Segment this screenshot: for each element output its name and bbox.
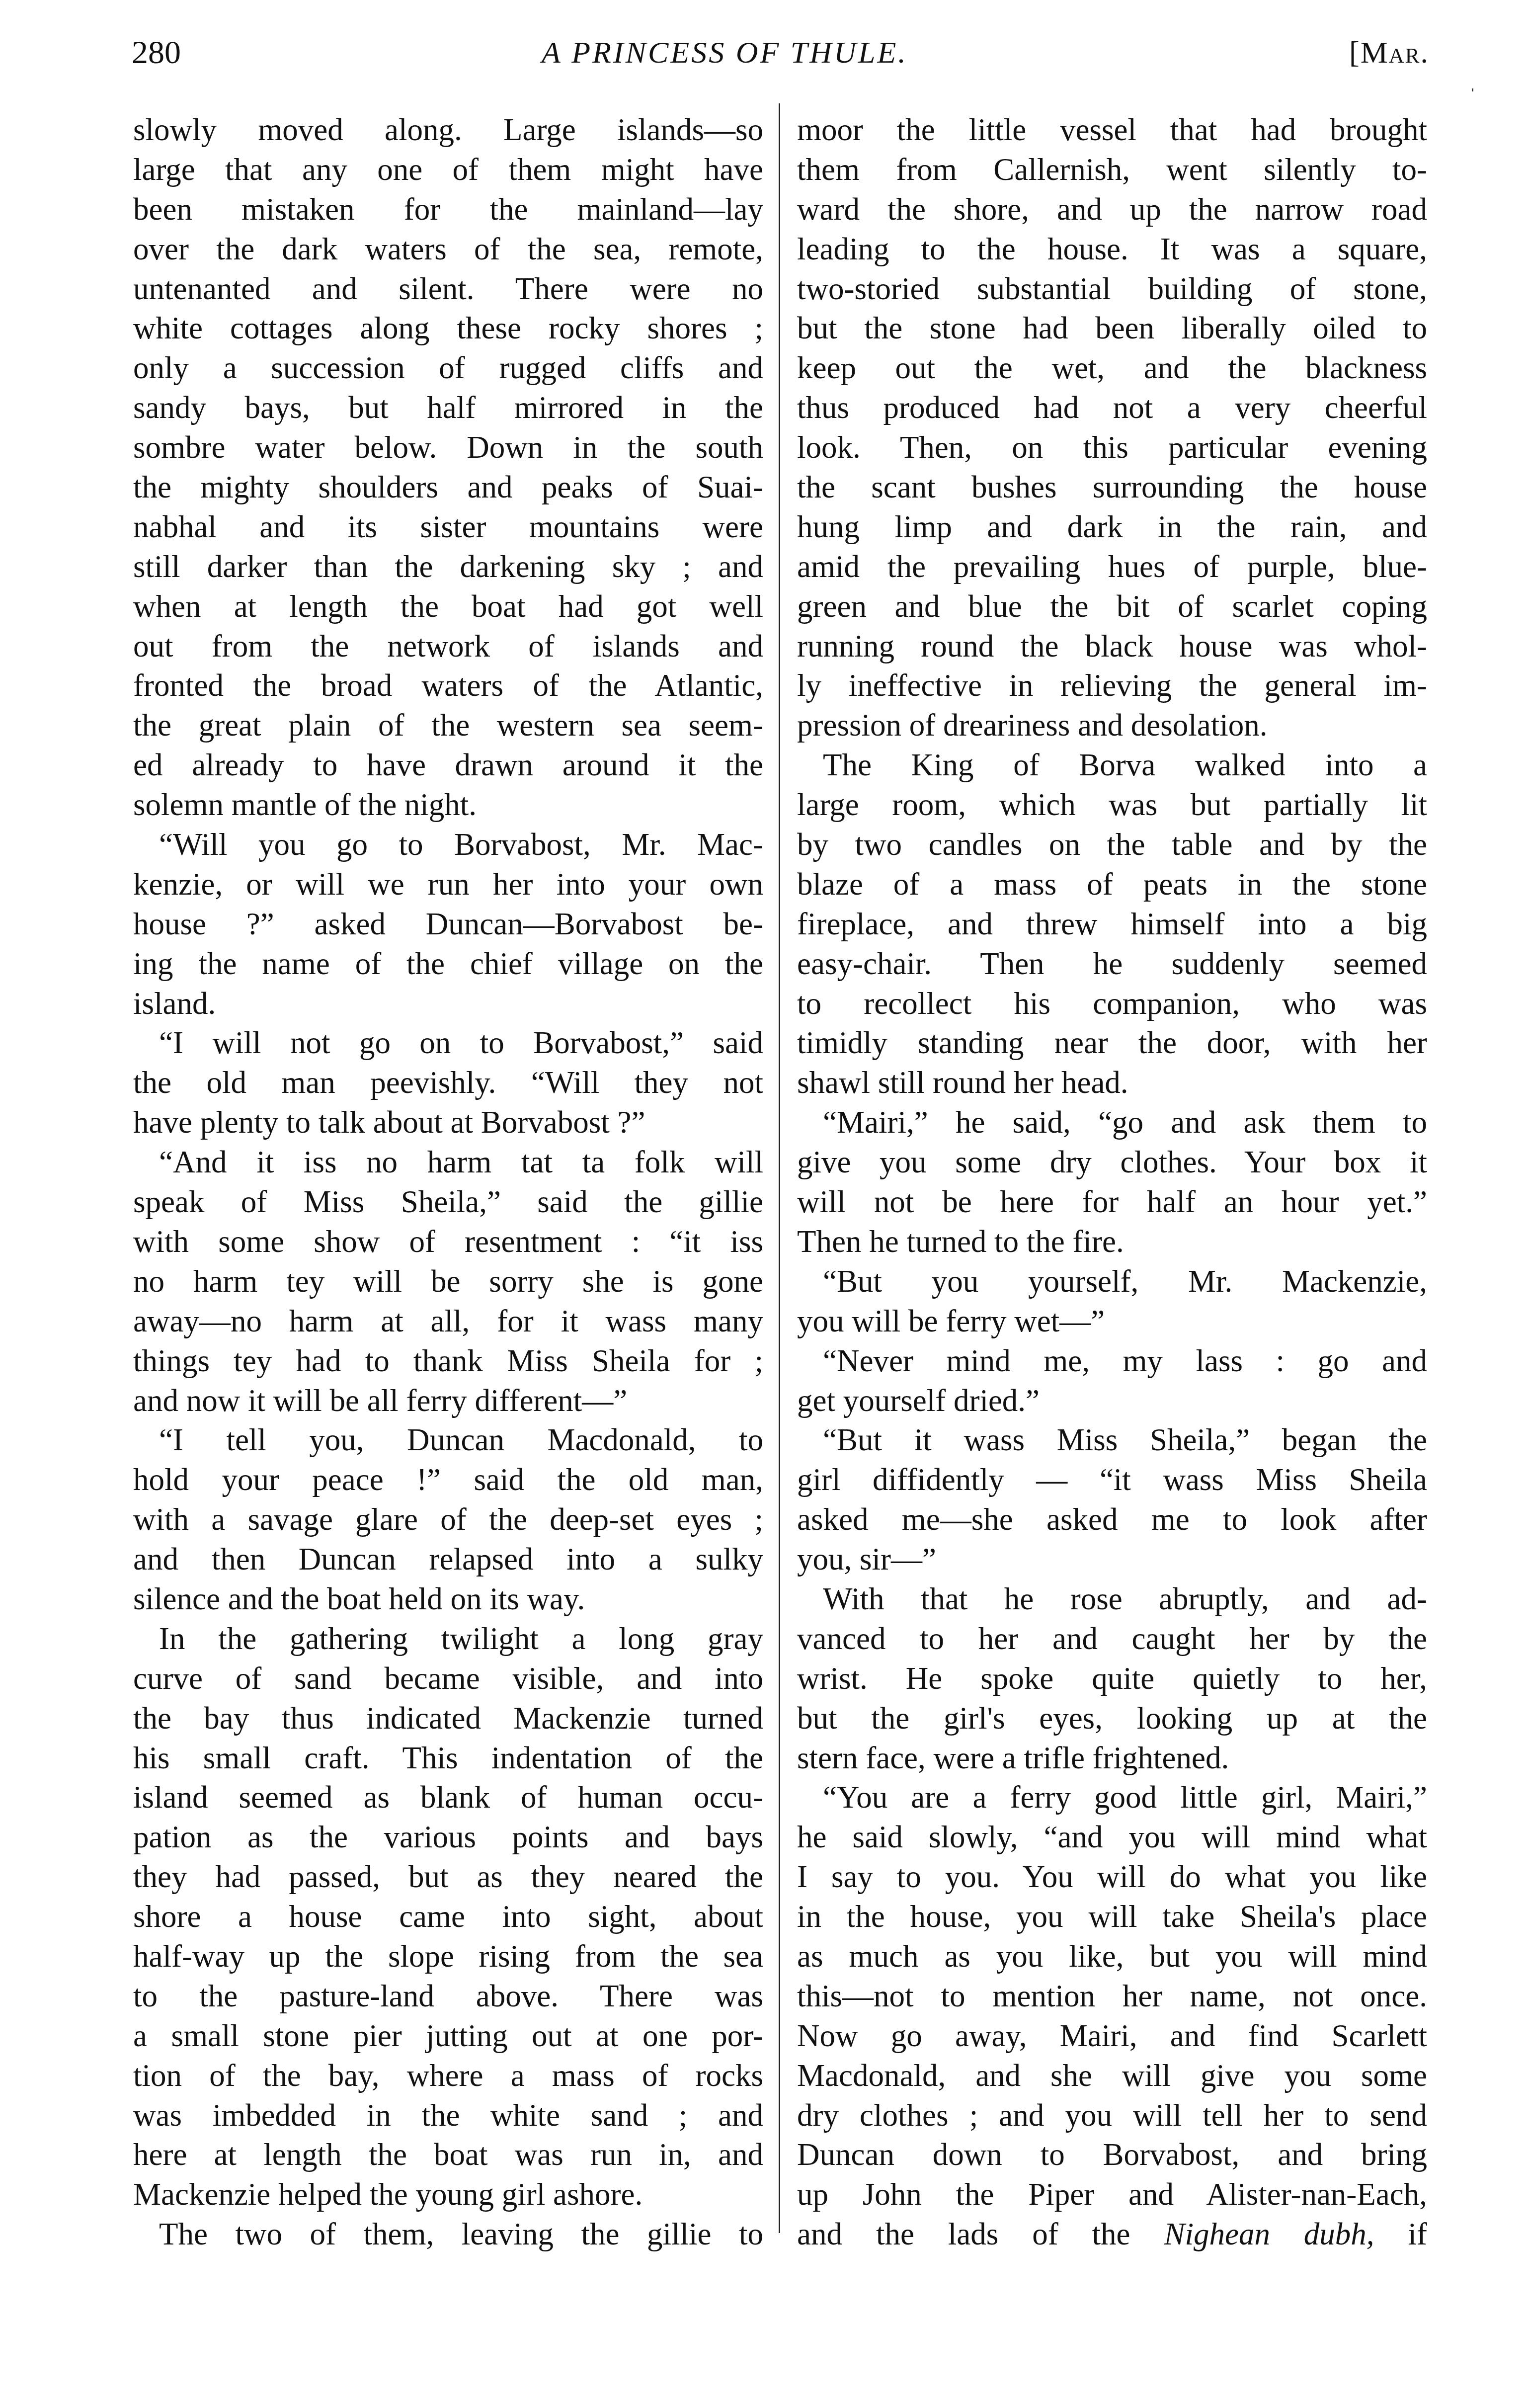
text-line: been mistaken for the mainland—lay — [133, 190, 763, 230]
text-line: was imbedded in the white sand ; and — [133, 2096, 763, 2136]
text-line: With that he rose abruptly, and ad- — [797, 1579, 1427, 1619]
text-line: by two candles on the table and by the — [797, 825, 1427, 865]
text-line: Duncan down to Borvabost, and bring — [797, 2135, 1427, 2175]
text-line: to the pasture-land above. There was — [133, 1977, 763, 2016]
text-line: will not be here for half an hour yet.” — [797, 1182, 1427, 1222]
column-divider-rule — [779, 103, 780, 2233]
text-line: “Mairi,” he said, “go and ask them to — [797, 1103, 1427, 1143]
text-line: easy-chair. Then he suddenly seemed — [797, 944, 1427, 984]
text-line: Then he turned to the fire. — [797, 1222, 1427, 1262]
print-speck — [1472, 88, 1473, 91]
text-line: kenzie, or will we run her into your own — [133, 865, 763, 905]
text-line: Now go away, Mairi, and find Scarlett — [797, 2016, 1427, 2056]
text-line: the great plain of the western sea seem- — [133, 706, 763, 746]
text-line: over the dark waters of the sea, remote, — [133, 230, 763, 269]
text-line: timidly standing near the door, with her — [797, 1023, 1427, 1063]
text-line: island. — [133, 984, 763, 1024]
text-line: asked me—she asked me to look after — [797, 1500, 1427, 1540]
text-line: fireplace, and threw himself into a big — [797, 905, 1427, 944]
text-line: ed already to have drawn around it the — [133, 746, 763, 785]
text-line: “I will not go on to Borvabost,” said — [133, 1023, 763, 1063]
text-line: the scant bushes surrounding the house — [797, 468, 1427, 507]
text-line: vanced to her and caught her by the — [797, 1619, 1427, 1659]
text-line: The two of them, leaving the gillie to — [133, 2215, 763, 2254]
text-line: slowly moved along. Large islands—so — [133, 110, 763, 150]
text-line-italic: Nighean dubh, — [1164, 2217, 1374, 2251]
text-line: you will be ferry wet—” — [797, 1302, 1427, 1341]
text-line: large that any one of them might have — [133, 150, 763, 190]
text-line: he said slowly, “and you will mind what — [797, 1818, 1427, 1857]
page-number: 280 — [132, 33, 181, 73]
text-line: hold your peace !” said the old man, — [133, 1460, 763, 1500]
text-line: girl diffidently — “it wass Miss Sheila — [797, 1460, 1427, 1500]
text-column-left: slowly moved along. Large islands—solarg… — [133, 110, 763, 2254]
text-line: they had passed, but as they neared the — [133, 1857, 763, 1897]
text-line: out from the network of islands and — [133, 627, 763, 666]
text-line: hung limp and dark in the rain, and — [797, 507, 1427, 547]
text-line: but the stone had been liberally oiled t… — [797, 309, 1427, 348]
text-line: white cottages along these rocky shores … — [133, 309, 763, 348]
text-line: with a savage glare of the deep-set eyes… — [133, 1500, 763, 1540]
text-line: solemn mantle of the night. — [133, 785, 763, 825]
text-line: “But it wass Miss Sheila,” began the — [797, 1420, 1427, 1460]
text-line: “Will you go to Borvabost, Mr. Mac- — [133, 825, 763, 865]
text-line: leading to the house. It was a square, — [797, 230, 1427, 269]
text-line-tail: if — [1374, 2217, 1427, 2251]
running-title: A PRINCESS OF THULE. — [542, 33, 908, 73]
text-line: up John the Piper and Alister-nan-Each, — [797, 2175, 1427, 2215]
text-line: ly ineffective in relieving the general … — [797, 666, 1427, 706]
text-line: them from Callernish, went silently to- — [797, 150, 1427, 190]
text-line: In the gathering twilight a long gray — [133, 1619, 763, 1659]
text-line: untenanted and silent. There were no — [133, 269, 763, 309]
text-line: “You are a ferry good little girl, Mairi… — [797, 1778, 1427, 1818]
text-line-roman: and the lads of the — [797, 2217, 1130, 2251]
text-column-right: moor the little vessel that had broughtt… — [797, 110, 1427, 2254]
text-line: sombre water below. Down in the south — [133, 428, 763, 468]
text-line: large room, which was but partially lit — [797, 785, 1427, 825]
text-line: shore a house came into sight, about — [133, 1897, 763, 1937]
book-page: 280 A PRINCESS OF THULE. [Mar. slowly mo… — [0, 0, 1527, 2408]
text-line: have plenty to talk about at Borvabost ?… — [133, 1103, 763, 1143]
text-line: tion of the bay, where a mass of rocks — [133, 2056, 763, 2096]
text-line: green and blue the bit of scarlet coping — [797, 587, 1427, 627]
text-line: ing the name of the chief village on the — [133, 944, 763, 984]
text-line: Mackenzie helped the young girl ashore. — [133, 2175, 763, 2215]
running-head: 280 A PRINCESS OF THULE. [Mar. — [0, 30, 1527, 75]
text-line: half-way up the slope rising from the se… — [133, 1937, 763, 1977]
text-line: blaze of a mass of peats in the stone — [797, 865, 1427, 905]
text-line: look. Then, on this particular evening — [797, 428, 1427, 468]
text-line: here at length the boat was run in, and — [133, 2135, 763, 2175]
text-line: curve of sand became visible, and into — [133, 1659, 763, 1699]
text-line: his small craft. This indentation of the — [133, 1739, 763, 1778]
text-line: house ?” asked Duncan—Borvabost be- — [133, 905, 763, 944]
text-line: in the house, you will take Sheila's pla… — [797, 1897, 1427, 1937]
text-line: “And it iss no harm tat ta folk will — [133, 1143, 763, 1182]
text-line: things tey had to thank Miss Sheila for … — [133, 1341, 763, 1381]
text-line: The King of Borva walked into a — [797, 746, 1427, 785]
text-line: you, sir—” — [797, 1540, 1427, 1579]
text-line: dry clothes ; and you will tell her to s… — [797, 2096, 1427, 2136]
text-line: I say to you. You will do what you like — [797, 1857, 1427, 1897]
text-line: but the girl's eyes, looking up at the — [797, 1699, 1427, 1739]
text-line: thus produced had not a very cheerful — [797, 388, 1427, 428]
text-line: amid the prevailing hues of purple, blue… — [797, 547, 1427, 587]
text-line: Macdonald, and she will give you some — [797, 2056, 1427, 2096]
text-line: still darker than the darkening sky ; an… — [133, 547, 763, 587]
text-line: moor the little vessel that had brought — [797, 110, 1427, 150]
text-line: as much as you like, but you will mind — [797, 1937, 1427, 1977]
text-line: this—not to mention her name, not once. — [797, 1977, 1427, 2016]
text-line: fronted the broad waters of the Atlantic… — [133, 666, 763, 706]
text-line: the old man peevishly. “Will they not — [133, 1063, 763, 1103]
text-line: running round the black house was whol- — [797, 627, 1427, 666]
text-line: wrist. He spoke quite quietly to her, — [797, 1659, 1427, 1699]
text-line: get yourself dried.” — [797, 1381, 1427, 1421]
text-line: only a succession of rugged cliffs and — [133, 348, 763, 388]
text-line: “Never mind me, my lass : go and — [797, 1341, 1427, 1381]
text-line: and now it will be all ferry different—” — [133, 1381, 763, 1421]
text-line: island seemed as blank of human occu- — [133, 1778, 763, 1818]
text-line: the mighty shoulders and peaks of Suai- — [133, 468, 763, 507]
text-line: two-storied substantial building of ston… — [797, 269, 1427, 309]
text-line: no harm tey will be sorry she is gone — [133, 1262, 763, 1302]
text-line: the bay thus indicated Mackenzie turned — [133, 1699, 763, 1739]
text-line: keep out the wet, and the blackness — [797, 348, 1427, 388]
text-line: give you some dry clothes. Your box it — [797, 1143, 1427, 1182]
text-line: to recollect his companion, who was — [797, 984, 1427, 1024]
text-line: and the lads of the Nighean dubh, if — [797, 2215, 1427, 2254]
text-line: shawl still round her head. — [797, 1063, 1427, 1103]
text-line: and then Duncan relapsed into a sulky — [133, 1540, 763, 1579]
text-line: ward the shore, and up the narrow road — [797, 190, 1427, 230]
text-line: nabhal and its sister mountains were — [133, 507, 763, 547]
text-line: silence and the boat held on its way. — [133, 1579, 763, 1619]
text-line: pation as the various points and bays — [133, 1818, 763, 1857]
text-line: a small stone pier jutting out at one po… — [133, 2016, 763, 2056]
running-month: [Mar. — [1349, 33, 1429, 73]
text-line: away—no harm at all, for it wass many — [133, 1302, 763, 1341]
text-line: pression of dreariness and desolation. — [797, 706, 1427, 746]
text-line: speak of Miss Sheila,” said the gillie — [133, 1182, 763, 1222]
text-line: “But you yourself, Mr. Mackenzie, — [797, 1262, 1427, 1302]
text-line: stern face, were a trifle frightened. — [797, 1739, 1427, 1778]
text-line: when at length the boat had got well — [133, 587, 763, 627]
text-line: sandy bays, but half mirrored in the — [133, 388, 763, 428]
text-line: with some show of resentment : “it iss — [133, 1222, 763, 1262]
text-line: “I tell you, Duncan Macdonald, to — [133, 1420, 763, 1460]
